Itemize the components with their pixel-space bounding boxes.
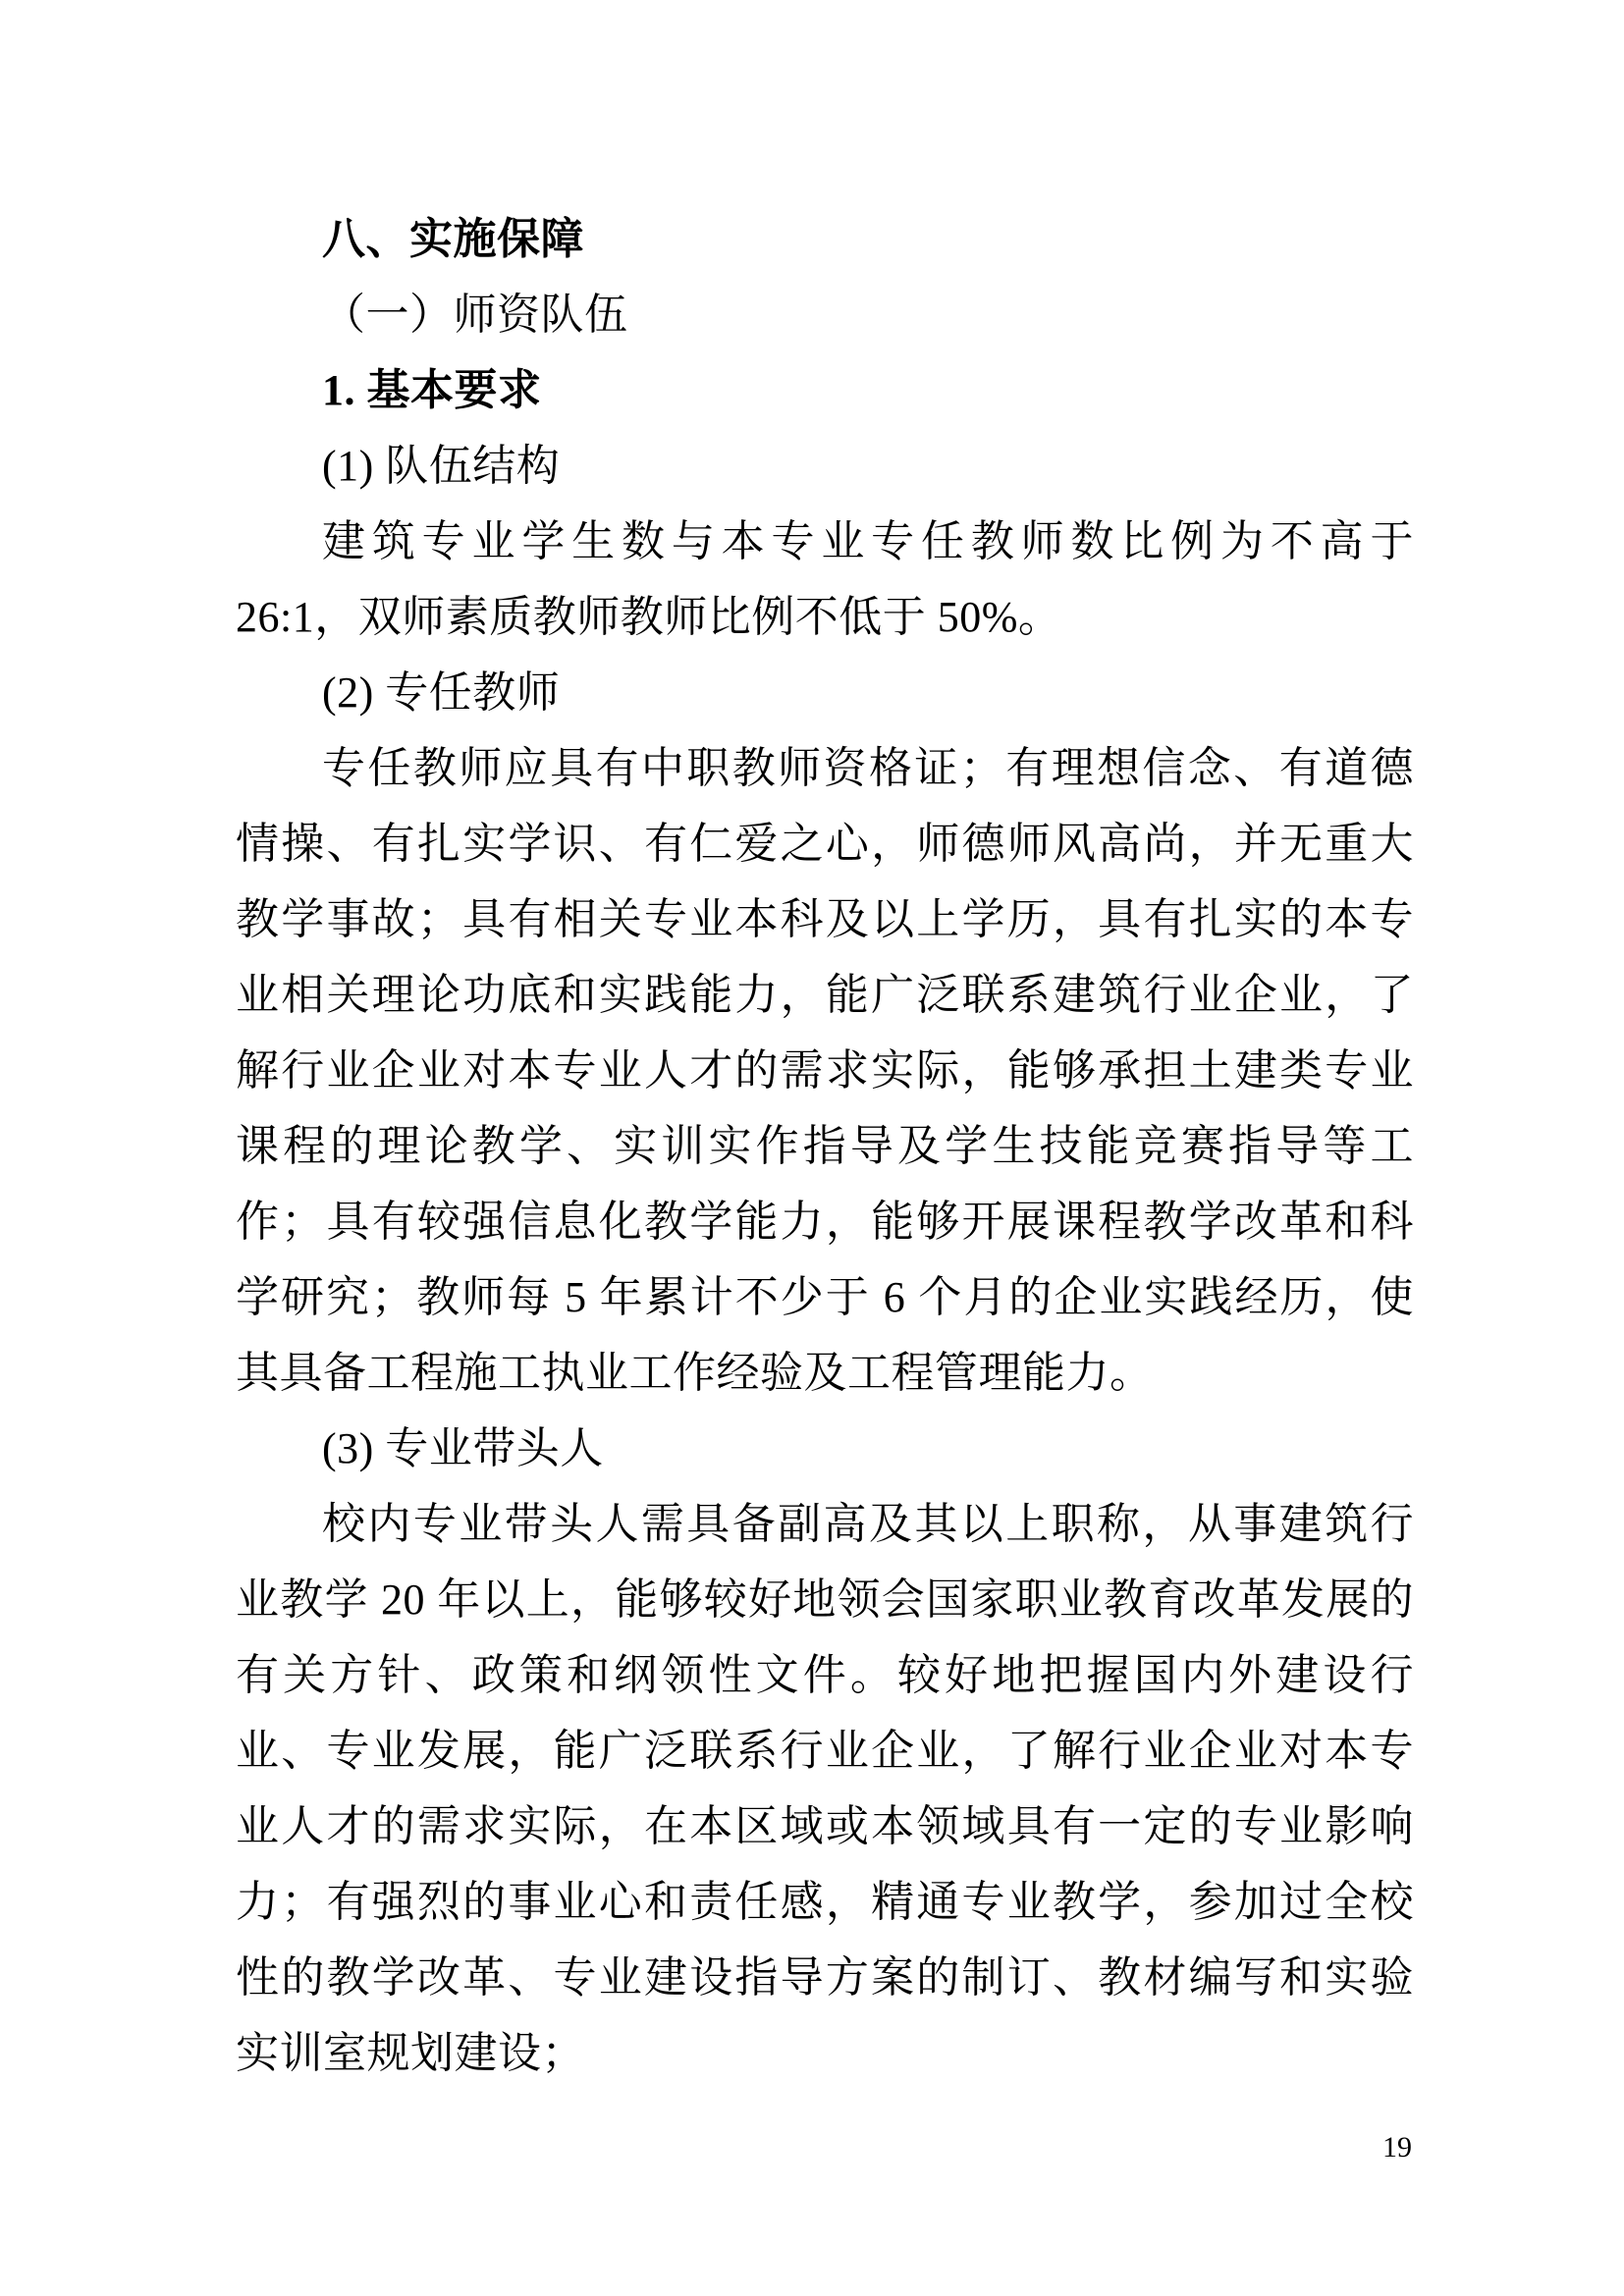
document-content: 八、实施保障（一）师资队伍1. 基本要求(1) 队伍结构建筑专业学生数与本专业专… <box>236 201 1414 2091</box>
paragraph-body: 校内专业带头人需具备副高及其以上职称，从事建筑行业教学 20 年以上，能够较好地… <box>236 1486 1414 2091</box>
paragraph-body: 专任教师应具有中职教师资格证；有理想信念、有道德情操、有扎实学识、有仁爱之心，师… <box>236 730 1414 1411</box>
paragraph-body: 建筑专业学生数与本专业专任教师数比例为不高于 26:1，双师素质教师教师比例不低… <box>236 504 1414 655</box>
paragraph-heading1: 八、实施保障 <box>236 201 1414 277</box>
paragraph-subhead: (3) 专业带头人 <box>236 1411 1414 1486</box>
paragraph-subhead: (2) 专任教师 <box>236 655 1414 730</box>
paragraph-heading2: （一）师资队伍 <box>236 277 1414 352</box>
page-number: 19 <box>1382 2132 1412 2163</box>
paragraph-subhead: (1) 队伍结构 <box>236 428 1414 504</box>
document-page: 八、实施保障（一）师资队伍1. 基本要求(1) 队伍结构建筑专业学生数与本专业专… <box>0 0 1624 2296</box>
paragraph-heading3: 1. 基本要求 <box>236 352 1414 428</box>
